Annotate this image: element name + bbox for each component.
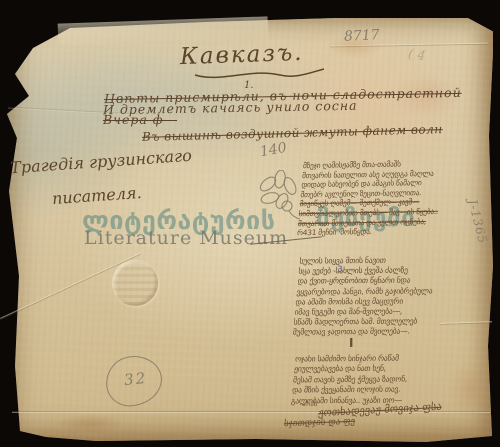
georgian-line: ოჯახი სამძიმო სინჯარი რაწამ [295, 353, 410, 364]
title-underline-flourish [192, 66, 327, 86]
stain [55, 414, 125, 434]
manuscript-scan: 8717 ( 4 140 J-1365 Кавказъ. 1. Цвѣты пр… [0, 0, 500, 447]
embossed-stamp [112, 260, 158, 306]
stain [448, 362, 492, 418]
georgian-line: მუმლთავ ჯადოთა და შვილება—. [292, 327, 429, 338]
georgian-stanza-1: მზეჯი ღამისჟამზე მთა-თამაშს მთვარის ნათე… [297, 159, 443, 238]
section-numeral: I [349, 336, 353, 350]
georgian-stanza-3: ოჯახი სამძიმო სინჯარი რაწამ ჟიულვებავება… [290, 353, 409, 406]
georgian-line: და მზის ქვეყანაში იღოჯის თავ. [291, 385, 406, 396]
georgian-line: ვყვარებოდა ჰანგი, რამხ გაჯიბრებულა [296, 286, 433, 297]
faint-corner-mark: ( 4 [407, 47, 426, 64]
archive-number-pencil: 8717 [344, 27, 380, 45]
georgian-stanza-2: სულის სიყვა მთის ნავით სცა ვეძებ -სახლის… [292, 255, 436, 338]
blue-ink-mark: 3 [337, 265, 343, 275]
watermark-latin: Literature Museum [84, 227, 288, 249]
small-word: არას [302, 400, 317, 408]
circled-number: 32 [123, 369, 148, 389]
crossed-line-ru: Вчера ф— [103, 112, 177, 127]
